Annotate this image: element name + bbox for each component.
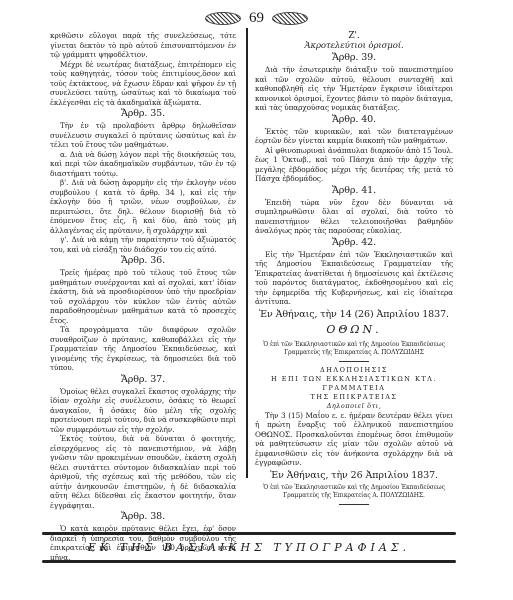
page-number: 69 bbox=[249, 10, 264, 27]
ornament-right-icon bbox=[272, 12, 308, 25]
paragraph: Τὴν ἐν τῷ προλαβόντι ἄρθρῳ δηλωθεῖσαν συ… bbox=[50, 121, 236, 150]
secretary-signature-line1: Ὁ ἐπὶ τῶν Ἐκκλησιαστικῶν καὶ τῆς Δημοσίο… bbox=[255, 341, 453, 349]
divider bbox=[339, 504, 369, 505]
paragraph: Διὰ τὴν ἐσωτερικὴν διάταξιν τοῦ πανεπιστ… bbox=[255, 65, 453, 113]
article-heading-41: Ἄρθρ. 41. bbox=[255, 185, 453, 197]
article-heading-37: Ἄρθρ. 37. bbox=[50, 374, 236, 386]
section-number: Ζ'. bbox=[255, 31, 453, 41]
paragraph: γ'. Διὰ νὰ κάμῃ τὴν παραίτησιν τοῦ ἀξιώμ… bbox=[50, 235, 236, 254]
printer-imprint: ΕΚ ΤΗΣ ΒΑΣΙΛΙΚΗΣ ΤΥΠΟΓΡΑΦΙΑΣ. bbox=[42, 541, 456, 554]
article-heading-39: Ἄρθρ. 39. bbox=[255, 52, 453, 64]
left-column: κριθῶσιν εὔλογοι παρὰ τῆς συνελεύσεως, τ… bbox=[50, 31, 236, 562]
announcement-issuer-2: ΤΗΣ ΕΠΙΚΡΑΤΕΙΑΣ bbox=[255, 393, 453, 402]
secretary-signature-line2: Γραμματεὺς τῆς Ἐπικρατείας Α. ΠΟΛΥΖΩΙΔΗΣ bbox=[255, 349, 453, 357]
paragraph: Τὰ προγράμματα τῶν διαφόρων σχολῶν συναθ… bbox=[50, 325, 236, 373]
article-heading-38: Ἄρθρ. 38. bbox=[50, 511, 236, 523]
paragraph: Ἐκτὸς τῶν κυριακῶν, καὶ τῶν διατεταγμένω… bbox=[255, 127, 453, 146]
paragraph: κριθῶσιν εὔλογοι παρὰ τῆς συνελεύσεως, τ… bbox=[50, 31, 236, 60]
footer-rule-top bbox=[42, 532, 456, 535]
announcement-title: ΔΗΛΟΠΟΙΗΣΙΣ bbox=[255, 366, 453, 375]
paragraph: Αἱ φθινοπωριναὶ ἀνάπαυλαι διαρκοῦν ἀπὸ 1… bbox=[255, 146, 453, 184]
decree-date: Ἐν Ἀθήναις, τὴν 14 (26) Ἀπριλίου 1837. bbox=[255, 309, 453, 321]
paragraph: α. Διὰ νὰ δώσῃ λόγον περὶ τῆς διοικήσεώς… bbox=[50, 150, 236, 179]
footer-rule-bottom bbox=[42, 560, 456, 563]
page-header: 69 bbox=[0, 6, 513, 30]
paragraph: Ἐκτὸς τούτου, διὰ νὰ δύναται ὁ φοιτητής,… bbox=[50, 434, 236, 510]
paragraph: Μέχρι δὲ νεωτέρας διατάξεως, ἐπιτρέπομεν… bbox=[50, 60, 236, 108]
announcement-date: Ἐν Ἀθήναις, τὴν 26 Ἀπριλίου 1837. bbox=[255, 470, 453, 482]
article-heading-42: Ἄρθρ. 42. bbox=[255, 237, 453, 249]
divider bbox=[339, 361, 369, 362]
secretary-signature-2-line2: Γραμματεὺς τῆς Ἐπικρατείας Α. ΠΟΛΥΖΩΙΔΗΣ… bbox=[255, 492, 453, 500]
paragraph: Ὁμοίως θέλει συγκαλεῖ ἕκαστος σχολάρχης … bbox=[50, 387, 236, 435]
paragraph: Τρεῖς ἡμέρας πρὸ τοῦ τέλους τοῦ ἔτους τῶ… bbox=[50, 268, 236, 325]
section-title: Ἀκροτελεύτιοι ὁρισμοί. bbox=[255, 41, 453, 51]
ornament-left-icon bbox=[205, 12, 241, 25]
paragraph: β'. Διὰ νὰ δώσῃ ἀφορμὴν εἰς τὴν ἐκλογὴν … bbox=[50, 178, 236, 235]
article-heading-35: Ἄρθρ. 35. bbox=[50, 108, 236, 120]
secretary-signature-2-line1: Ὁ ἐπὶ τῶν Ἐκκλησιαστικῶν καὶ τῆς Δημοσίο… bbox=[255, 484, 453, 492]
paragraph: Ἐπειδὴ τώρα νῦν ἔχον δὲν δύνανται νὰ συμ… bbox=[255, 198, 453, 236]
announcement-issuer: Η ΕΠΙ ΤΩΝ ΕΚΚΛΗΣΙΑΣΤΙΚΩΝ ΚΤΛ. ΓΡΑΜΜΑΤΕΙΑ bbox=[255, 375, 453, 393]
article-heading-40: Ἄρθρ. 40. bbox=[255, 114, 453, 126]
article-heading-36: Ἄρθρ. 36. bbox=[50, 255, 236, 267]
right-column: Ζ'. Ἀκροτελεύτιοι ὁρισμοί. Ἄρθρ. 39. Διὰ… bbox=[255, 31, 453, 509]
paragraph: Τὴν 3 (15) Μαΐου ε. ε. ἡμέραν δευτέραν θ… bbox=[255, 411, 453, 468]
paragraph: Εἰς τὴν Ἡμετέραν ἐπὶ τῶν Ἐκκλησιαστικῶν … bbox=[255, 250, 453, 307]
announcement-intro: Δηλοποιεῖ ὅτι, bbox=[255, 402, 453, 411]
column-divider bbox=[246, 28, 248, 478]
king-signature: ΟΘΩΝ. bbox=[255, 323, 453, 337]
